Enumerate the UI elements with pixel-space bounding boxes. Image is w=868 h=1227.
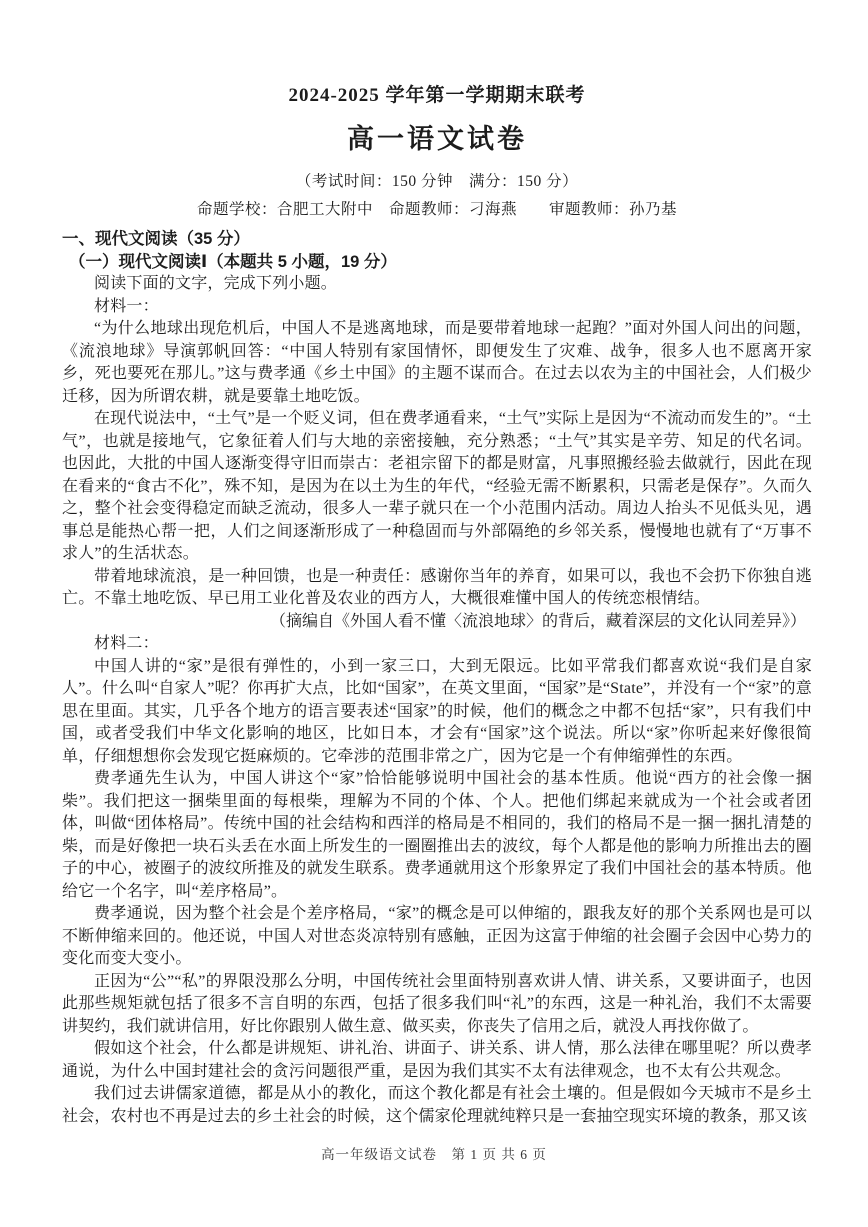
material1-paragraph: “为什么地球出现危机后，中国人不是逃离地球，而是要带着地球一起跑？”面对外国人问… [62,318,812,408]
exam-paper-page: 2024-2025 学年第一学期期末联考 高一语文试卷 （考试时间：150 分钟… [0,0,868,1227]
material2-paragraph: 正因为“公”“私”的界限没那么分明，中国传统社会里面特别喜欢讲人情、讲关系，又要… [62,971,812,1039]
material2-paragraph: 中国人讲的“家”是很有弹性的，小到一家三口，大到无限远。比如平常我们都喜欢说“我… [62,656,812,769]
material1-attribution: （摘编自《外国人看不懂〈流浪地球〉的背后，藏着深层的文化认同差异》） [62,611,812,634]
material2-paragraph: 我们过去讲儒家道德，都是从小的教化，而这个教化都是有社会土壤的。但是假如今天城市… [62,1083,812,1128]
material1-paragraph: 在现代说法中，“土气”是一个贬义词，但在费孝通看来，“土气”实际上是因为“不流动… [62,408,812,566]
page-content: 2024-2025 学年第一学期期末联考 高一语文试卷 （考试时间：150 分钟… [62,80,812,1128]
material1-label: 材料一： [62,296,812,319]
page-footer: 高一年级语文试卷 第 1 页 共 6 页 [0,1143,868,1163]
material1-paragraph: 带着地球流浪，是一种回馈，也是一种责任：感谢你当年的养育，如果可以，我也不会扔下… [62,566,812,611]
material2-label: 材料二： [62,633,812,656]
material2-paragraph: 假如这个社会，什么都是讲规矩、讲礼治、讲面子、讲关系、讲人情，那么法律在哪里呢？… [62,1038,812,1083]
exam-session-line: 2024-2025 学年第一学期期末联考 [62,80,812,107]
section-heading: 一、现代文阅读（35 分） [62,228,812,251]
section-subheading: （一）现代文阅读Ⅰ（本题共 5 小题，19 分） [62,251,812,274]
reading-instruction: 阅读下面的文字，完成下列小题。 [62,273,812,296]
exam-authors-line: 命题学校：合肥工大附中 命题教师：刁海燕 审题教师：孙乃基 [62,197,812,219]
material2-paragraph: 费孝通说，因为整个社会是个差序格局，“家”的概念是可以伸缩的，跟我友好的那个关系… [62,903,812,971]
page-title: 高一语文试卷 [62,117,812,156]
exam-header: 2024-2025 学年第一学期期末联考 高一语文试卷 （考试时间：150 分钟… [62,80,812,219]
exam-info-line: （考试时间：150 分钟 满分：150 分） [62,169,812,191]
material2-paragraph: 费孝通先生认为，中国人讲这个“家”恰恰能够说明中国社会的基本性质。他说“西方的社… [62,768,812,903]
